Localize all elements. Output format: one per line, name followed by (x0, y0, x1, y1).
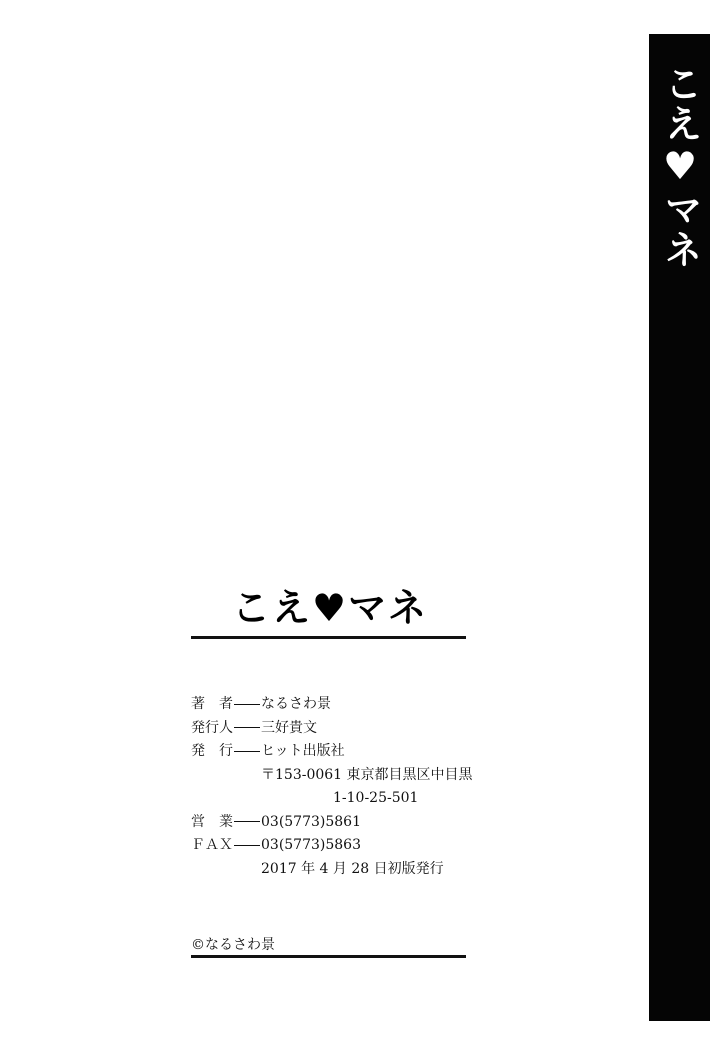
book-title: こえ♥マネ (232, 586, 428, 630)
spine-title: こえ♥マネ (649, 64, 710, 270)
copyright-notice: ©なるさわ景 (191, 934, 275, 954)
title-rule (191, 636, 466, 639)
colophon: 著 者なるさわ景 発行人三好貴文 発 行ヒット出版社 〒153-0061 東京都… (191, 693, 473, 881)
author-row: 著 者なるさわ景 (191, 693, 473, 717)
sales-phone: 03(5773)5861 (261, 814, 361, 830)
publisher-person-label: 発行人 (191, 717, 233, 741)
dash (234, 821, 260, 822)
publisher-name: ヒット出版社 (261, 743, 345, 759)
address-line1: 〒153-0061 東京都目黒区中目黒 (191, 764, 473, 788)
dash (234, 704, 260, 705)
address-line2: 1-10-25-501 (191, 787, 473, 811)
publisher-person-name: 三好貴文 (261, 720, 317, 736)
fax-label: ＦＡＸ (191, 834, 233, 858)
author-name: なるさわ景 (261, 696, 331, 712)
spine-bar: こえ♥マネ (649, 34, 710, 1021)
dash (234, 727, 260, 728)
sales-row: 営 業03(5773)5861 (191, 811, 473, 835)
fax-row: ＦＡＸ03(5773)5863 (191, 834, 473, 858)
publisher-person-row: 発行人三好貴文 (191, 717, 473, 741)
fax-number: 03(5773)5863 (261, 837, 361, 853)
publication-date: 2017 年 4 月 28 日初版発行 (191, 858, 473, 882)
publisher-label: 発 行 (191, 740, 233, 764)
dash (234, 751, 260, 752)
author-label: 著 者 (191, 693, 233, 717)
dash (234, 845, 260, 846)
sales-label: 営 業 (191, 811, 233, 835)
publisher-row: 発 行ヒット出版社 (191, 740, 473, 764)
copyright-rule (191, 955, 466, 958)
